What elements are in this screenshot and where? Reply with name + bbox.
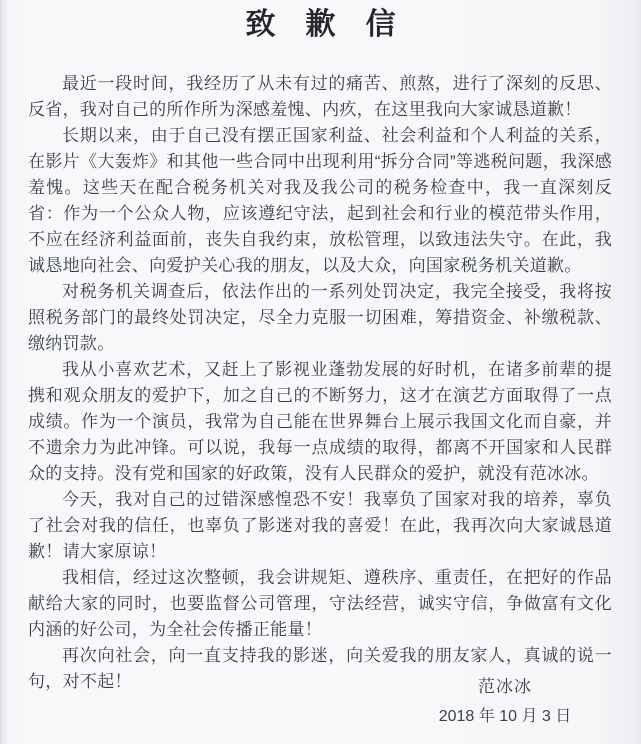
letter-paragraph-3: 对税务机关调查后，依法作出的一系列处罚决定，我完全接受，我将按照税务部门的最终处… — [28, 279, 612, 357]
letter-paragraph-4: 我从小喜欢艺术，又赶上了影视业蓬勃发展的好时机，在诸多前辈的提携和观众朋友的爱护… — [28, 357, 612, 487]
apology-letter-page: 致 歉 信 最近一段时间，我经历了从未有过的痛苦、煎熬，进行了深刻的反思、反省，… — [0, 0, 641, 744]
letter-paragraph-5: 今天，我对自己的过错深感惶恐不安！我辜负了国家对我的培养，辜负了社会对我的信任，… — [28, 487, 612, 565]
letter-title: 致 歉 信 — [0, 0, 641, 43]
signature-block: 范冰冰 2018 年 10 月 3 日 — [405, 672, 605, 732]
signature-name: 范冰冰 — [405, 672, 605, 702]
signature-date: 2018 年 10 月 3 日 — [405, 702, 605, 732]
letter-paragraph-2: 长期以来，由于自己没有摆正国家利益、社会利益和个人利益的关系，在影片《大轰炸》和… — [28, 123, 612, 279]
letter-body: 最近一段时间，我经历了从未有过的痛苦、煎熬，进行了深刻的反思、反省，我对自己的所… — [0, 43, 641, 695]
letter-paragraph-1: 最近一段时间，我经历了从未有过的痛苦、煎熬，进行了深刻的反思、反省，我对自己的所… — [28, 71, 612, 123]
letter-paragraph-6: 我相信，经过这次整顿，我会讲规矩、遵秩序、重责任，在把好的作品献给大家的同时，也… — [28, 565, 612, 643]
